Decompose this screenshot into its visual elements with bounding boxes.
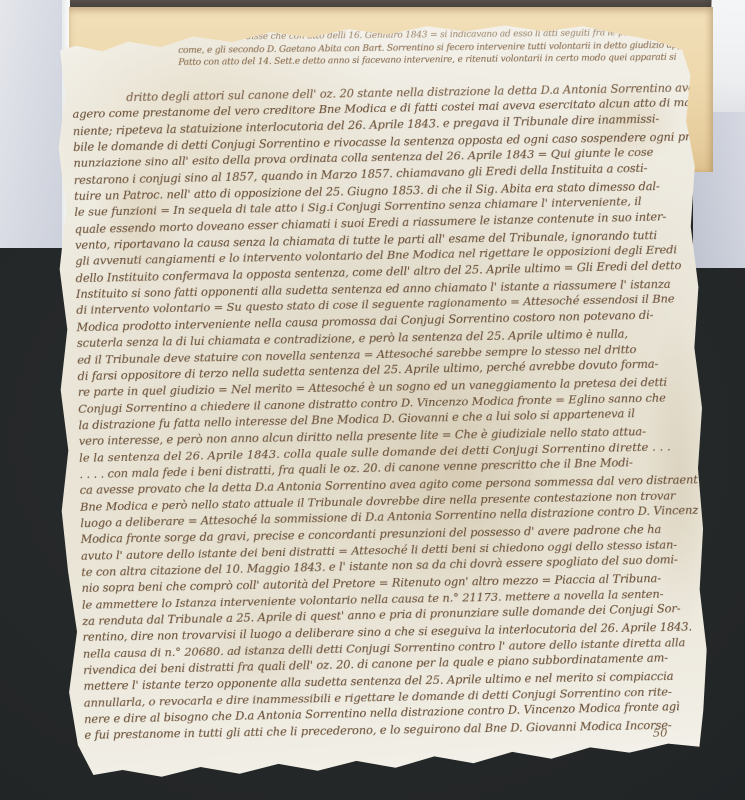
page-number: 50 (653, 726, 668, 740)
handwritten-text: dritto degli attori sul canone dell' oz.… (72, 78, 702, 743)
manuscript-page: si disse che con atto delli 16. Gennaro … (50, 15, 714, 783)
background-board-left (0, 0, 66, 248)
background-board-right-edge (708, 0, 745, 117)
